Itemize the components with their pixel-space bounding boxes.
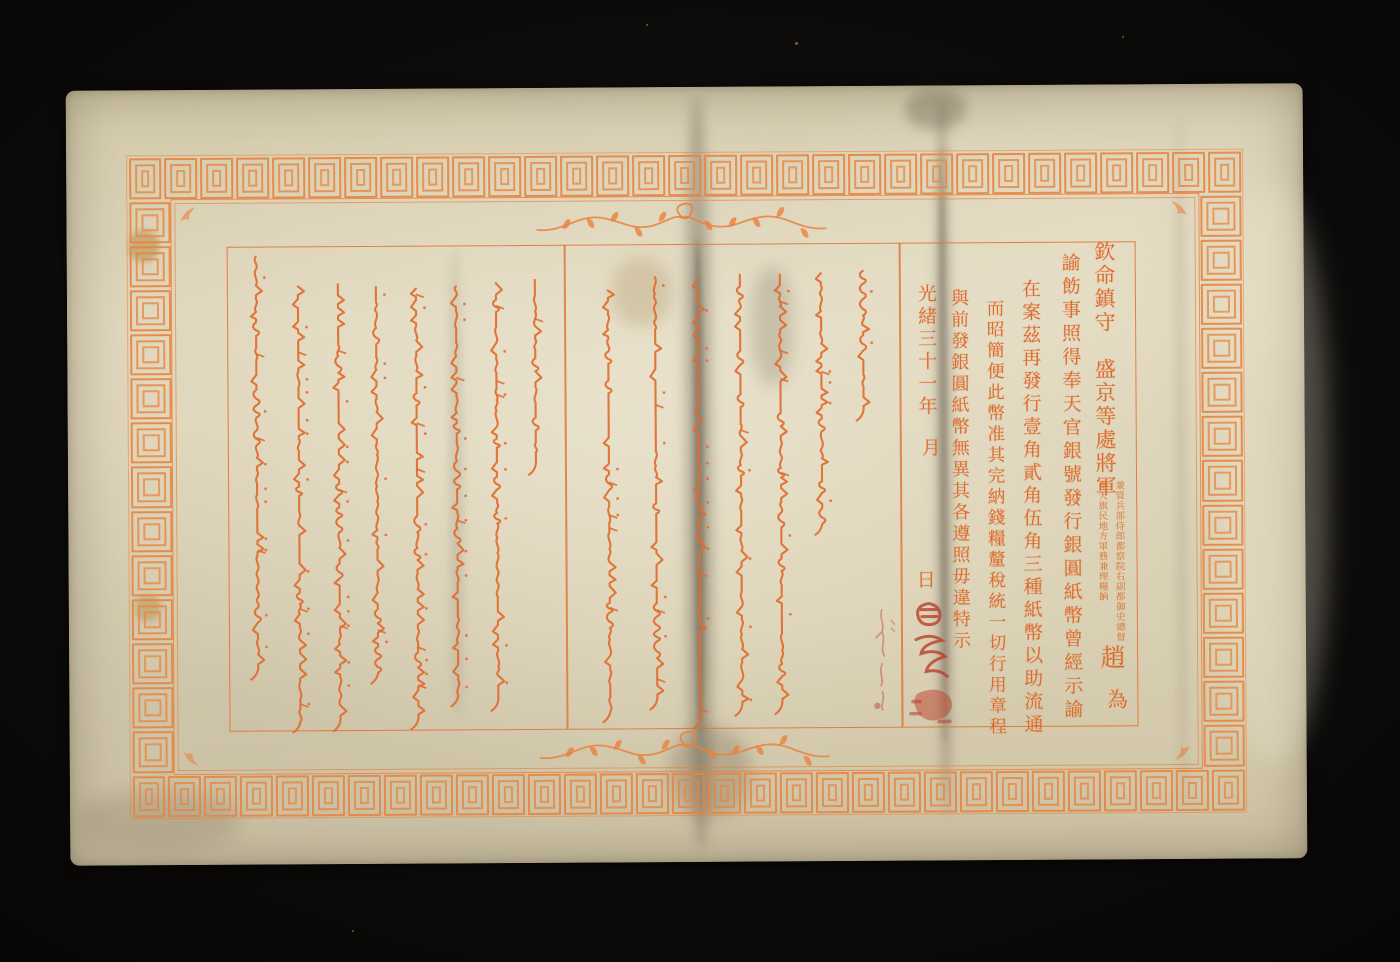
meander-cell [492,773,525,814]
meander-cell [1136,152,1169,193]
stains-layer [66,83,1303,91]
official-surname: 趙 [1093,644,1129,669]
meander-cell [888,771,921,812]
meander-cell [132,732,173,773]
meander-cell [456,774,489,815]
dust-speck [352,930,354,932]
stain [906,89,966,129]
date-month: 月 [917,437,944,456]
proclamation-column-2: 在案茲再發行壹角貳角伍角三種紙幣以助流通 [1017,279,1047,739]
manchu-script-column [286,283,315,742]
meander-cell [420,774,453,815]
manchu-script-column [404,286,433,739]
meander-cell [1200,195,1241,236]
meander-cell [129,158,162,199]
meander-cell [672,772,705,813]
meander-cell [132,687,173,728]
floral-ornament-bottom [532,729,838,774]
corner-sprig [182,748,202,773]
meander-cell [1172,151,1205,192]
meander-cell [130,378,171,419]
meander-cell [1201,372,1242,413]
meander-cell [165,157,198,198]
date-year: 光緒三十一年 [913,283,941,425]
title-small-right: 兼管兵部侍郎都察院右副都御史總督 [1110,480,1128,658]
handwritten-signature [897,597,964,729]
meander-cell [920,153,953,194]
meander-cell [204,775,237,816]
corner-ornaments [66,83,1303,91]
dust-speck [646,24,648,26]
meander-cell [312,775,345,816]
meander-cell [129,246,170,287]
meander-cell [236,157,269,198]
meander-cell [131,555,172,596]
meander-border-bottom [131,768,1246,819]
meander-cell [812,154,845,195]
meander-cell [129,202,170,243]
meander-cell [780,772,813,813]
manchu-script-column [809,270,837,549]
meander-cell [384,774,417,815]
meander-cell [168,775,201,816]
manchu-script-column [364,284,393,695]
manchu-script-column [686,276,715,737]
meander-cell [1201,460,1242,501]
date-day: 日 [912,569,939,588]
meander-cell [1032,770,1065,811]
meander-cell [852,771,885,812]
meander-cell [704,154,737,195]
manchu-script-column [851,268,878,432]
meander-cell [564,773,597,814]
title-column: 欽命鎮守 盛京等處將軍 [1089,240,1121,502]
meander-cell [636,773,669,814]
proclamation-column-1: 諭飭事照得奉天官銀號發行銀圓紙幣曾經示諭 [1057,253,1087,733]
photo-background: 欽命鎮守 盛京等處將軍 兼管兵部侍郎都察院右副都御史總督 奉天旗民地方軍務兼理糧… [0,0,1400,962]
meander-cell [1208,151,1241,192]
manchu-script-column [728,272,757,733]
banknote: 欽命鎮守 盛京等處將軍 兼管兵部侍郎都察院右副都御史總督 奉天旗民地方軍務兼理糧… [66,83,1308,866]
corner-sprig [178,205,198,230]
meander-cell [1201,328,1242,369]
meander-cell [1201,416,1242,457]
meander-cell [848,153,881,194]
meander-cell [1103,770,1136,811]
meander-cell [744,772,777,813]
meander-cell [992,152,1025,193]
meander-cell [524,155,557,196]
meander-cell [131,511,172,552]
meander-cell [272,157,305,198]
meander-cell [1175,769,1208,810]
meander-cell [632,155,665,196]
meander-cell [924,771,957,812]
meander-cell [1202,504,1243,545]
title-small-left: 奉天旗民地方軍務兼理糧餉 [1093,480,1111,658]
manchu-script-column [326,281,355,742]
dust-speck [1122,36,1124,38]
meander-cell [344,156,377,197]
meander-cell [129,290,170,331]
meander-cell [1100,152,1133,193]
manchu-script-area [66,83,1303,91]
meander-cell [200,157,233,198]
meander-cell [816,772,849,813]
meander-cell [960,771,993,812]
manchu-script-column [596,287,625,740]
manchu-script-column [484,280,513,731]
preface-character: 為 [1101,688,1131,709]
meander-cell [560,155,593,196]
meander-cell [1139,770,1172,811]
corner-sprig [1168,199,1188,224]
meander-cell [1028,152,1061,193]
manchu-script-column [523,277,550,491]
meander-cell [130,467,171,508]
meander-cell [131,599,172,640]
manchu-script-column [643,274,672,720]
meander-cell [1203,725,1244,766]
meander-cell [708,772,741,813]
meander-border-left [127,200,175,774]
meander-border-right [1198,194,1246,768]
meander-cell [308,157,341,198]
meander-cell [488,156,521,197]
manchu-script-column [444,283,473,724]
meander-cell [132,776,165,817]
meander-cell [380,156,413,197]
meander-cell [348,774,381,815]
title-small-columns: 兼管兵部侍郎都察院右副都御史總督 奉天旗民地方軍務兼理糧餉 [1093,480,1128,658]
meander-cell [130,422,171,463]
meander-cell [1211,769,1244,810]
meander-cell [1202,593,1243,634]
dust-speck [795,42,798,45]
floral-ornament-top [528,201,834,246]
meander-cell [132,643,173,684]
proclamation-column-3: 而昭簡便此幣准其完納錢糧釐稅統一切行用章程 [982,299,1010,741]
meander-cell [1203,681,1244,722]
seal-blotch [914,690,952,721]
meander-cell [1200,239,1241,280]
manchu-script-column [244,254,273,693]
meander-cell [1064,152,1097,193]
meander-cell [528,773,561,814]
meander-cell [740,154,773,195]
faint-red-script [869,606,900,724]
meander-cell [452,156,485,197]
meander-cell [884,153,917,194]
meander-cell [600,773,633,814]
meander-cell [596,155,629,196]
meander-cell [240,775,273,816]
meander-cell [1203,637,1244,678]
meander-cell [416,156,449,197]
meander-cell [668,154,701,195]
corner-sprig [1172,742,1192,767]
meander-cell [1202,548,1243,589]
meander-cell [276,775,309,816]
meander-cell [130,334,171,375]
meander-cell [1068,770,1101,811]
meander-cell [776,154,809,195]
meander-cell [1200,283,1241,324]
meander-cell [996,770,1029,811]
manchu-script-column [768,271,797,729]
meander-cell [956,153,989,194]
